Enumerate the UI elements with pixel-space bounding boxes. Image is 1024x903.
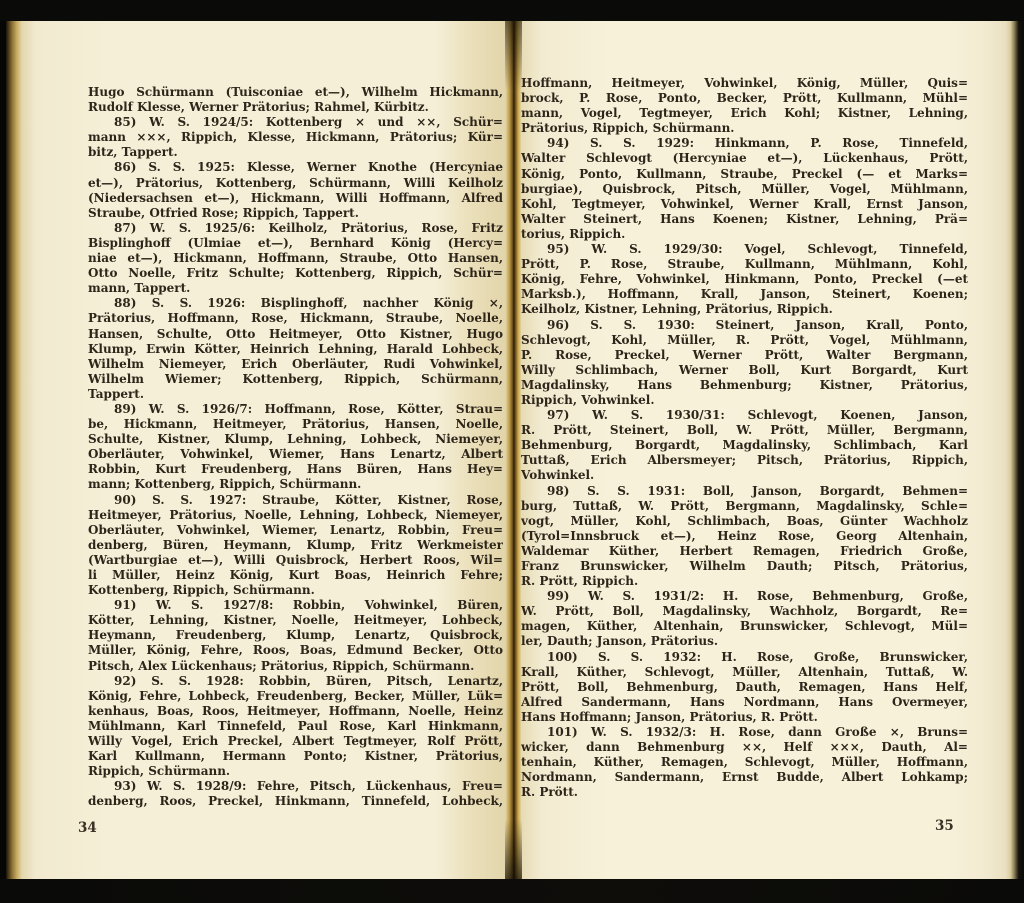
text-line: Schlevogt, Kohl, Müller, R. Prött, Vogel… — [521, 333, 968, 348]
text-line: mann, Vogel, Tegtmeyer, Erich Kohl; Kist… — [521, 106, 968, 121]
text-line: R. Prött, Steinert, Boll, W. Prött, Müll… — [521, 423, 968, 438]
text-line: Walter Steinert, Hans Koenen; Kistner, L… — [521, 212, 968, 227]
text-line: Willy Vogel, Erich Preckel, Albert Tegtm… — [88, 734, 503, 749]
text-line: mann; Kottenberg, Rippich, Schürmann. — [88, 477, 503, 492]
text-line: Kohl, Tegtmeyer, Vohwinkel, Werner Krall… — [521, 197, 968, 212]
text-line: 99) W. S. 1931/2: H. Rose, Behmenburg, G… — [521, 589, 968, 604]
right-page-text: Hoffmann, Heitmeyer, Vohwinkel, König, M… — [521, 76, 968, 801]
text-line: 94) S. S. 1929: Hinkmann, P. Rose, Tinne… — [521, 136, 968, 151]
text-line: 88) S. S. 1926: Bisplinghoff, nachher Kö… — [88, 296, 503, 311]
text-line: Hans Hoffmann; Janson, Prätorius, R. Prö… — [521, 710, 968, 725]
text-line: Walter Schlevogt (Hercyniae et—), Lücken… — [521, 151, 968, 166]
text-line: (Tyrol=Innsbruck et—), Heinz Rose, Georg… — [521, 529, 968, 544]
text-line: König, Fehre, Vohwinkel, Hinkmann, Ponto… — [521, 272, 968, 287]
text-line: Wilhelm Wiemer; Kottenberg, Rippich, Sch… — [88, 372, 503, 387]
text-line: niae et—), Hickmann, Hoffmann, Straube, … — [88, 251, 503, 266]
left-page-number: 34 — [78, 820, 97, 836]
text-line: tenhain, Küther, Remagen, Schlevogt, Mül… — [521, 755, 968, 770]
text-line: Rudolf Klesse, Werner Prätorius; Rahmel,… — [88, 100, 503, 115]
text-line: Hansen, Schulte, Otto Heitmeyer, Otto Ki… — [88, 327, 503, 342]
text-line: 91) W. S. 1927/8: Robbin, Vohwinkel, Bür… — [88, 598, 503, 613]
text-line: Mühlmann, Karl Tinnefeld, Paul Rose, Kar… — [88, 719, 503, 734]
right-page: Hoffmann, Heitmeyer, Vohwinkel, König, M… — [522, 21, 1006, 879]
text-line: Otto Noelle, Fritz Schulte; Kottenberg, … — [88, 266, 503, 281]
text-line: bitz, Tappert. — [88, 145, 503, 160]
text-line: 86) S. S. 1925: Klesse, Werner Knothe (H… — [88, 160, 503, 175]
text-line: mann, Tappert. — [88, 281, 503, 296]
text-line: burg, Tuttaß, W. Prött, Bergmann, Magdal… — [521, 499, 968, 514]
text-line: Heymann, Freudenberg, Klump, Lenartz, Qu… — [88, 628, 503, 643]
text-line: Franz Brunswicker, Wilhelm Dauth; Pitsch… — [521, 559, 968, 574]
text-line: Karl Kullmann, Hermann Ponto; Kistner, P… — [88, 749, 503, 764]
text-line: Behmenburg, Borgardt, Magdalinsky, Schli… — [521, 438, 968, 453]
text-line: Schulte, Kistner, Klump, Lehning, Lohbec… — [88, 432, 503, 447]
text-line: mann ×××, Rippich, Klesse, Hickmann, Prä… — [88, 130, 503, 145]
text-line: Heitmeyer, Prätorius, Noelle, Lehning, L… — [88, 508, 503, 523]
scan-top-border — [0, 0, 1024, 21]
text-line: Prött, Boll, Behmenburg, Dauth, Remagen,… — [521, 680, 968, 695]
text-line: Prätorius, Rippich, Schürmann. — [521, 121, 968, 136]
text-line: Rippich, Schürmann. — [88, 764, 503, 779]
text-line: 101) W. S. 1932/3: H. Rose, dann Große ×… — [521, 725, 968, 740]
text-line: Oberläuter, Vohwinkel, Wiemer, Hans Lena… — [88, 447, 503, 462]
text-line: P. Rose, Preckel, Werner Prött, Walter B… — [521, 348, 968, 363]
text-line: Müller, König, Fehre, Roos, Boas, Edmund… — [88, 643, 503, 658]
text-line: Kötter, Lehning, Kistner, Noelle, Heitme… — [88, 613, 503, 628]
text-line: burgiae), Quisbrock, Pitsch, Müller, Vog… — [521, 182, 968, 197]
text-line: Tappert. — [88, 387, 503, 402]
text-line: Hoffmann, Heitmeyer, Vohwinkel, König, M… — [521, 76, 968, 91]
text-line: brock, P. Rose, Ponto, Becker, Prött, Ku… — [521, 91, 968, 106]
text-line: 89) W. S. 1926/7: Hoffmann, Rose, Kötter… — [88, 402, 503, 417]
text-line: 95) W. S. 1929/30: Vogel, Schlevogt, Tin… — [521, 242, 968, 257]
text-line: Alfred Sandermann, Hans Nordmann, Hans O… — [521, 695, 968, 710]
text-line: Vohwinkel. — [521, 468, 968, 483]
text-line: 92) S. S. 1928: Robbin, Büren, Pitsch, L… — [88, 674, 503, 689]
text-line: Marksb.), Hoffmann, Krall, Janson, Stein… — [521, 287, 968, 302]
text-line: vogt, Müller, Kohl, Schlimbach, Boas, Gü… — [521, 514, 968, 529]
text-line: Oberläuter, Vohwinkel, Wiemer, Lenartz, … — [88, 523, 503, 538]
text-line: magen, Küther, Altenhain, Brunswicker, S… — [521, 619, 968, 634]
text-line: li Müller, Heinz König, Kurt Boas, Heinr… — [88, 568, 503, 583]
scan-bottom-border — [0, 879, 1024, 903]
text-line: torius, Rippich. — [521, 227, 968, 242]
book-spread-scan: Hugo Schürmann (Tuisconiae et—), Wilhelm… — [0, 0, 1024, 903]
text-line: 97) W. S. 1930/31: Schlevogt, Koenen, Ja… — [521, 408, 968, 423]
text-line: ler, Dauth; Janson, Prätorius. — [521, 634, 968, 649]
left-page-text: Hugo Schürmann (Tuisconiae et—), Wilhelm… — [88, 85, 503, 810]
text-line: 90) S. S. 1927: Straube, Kötter, Kistner… — [88, 493, 503, 508]
text-line: et—), Prätorius, Kottenberg, Schürmann, … — [88, 176, 503, 191]
right-page-number: 35 — [935, 818, 954, 834]
text-line: Magdalinsky, Hans Behmenburg; Kistner, P… — [521, 378, 968, 393]
text-line: R. Prött. — [521, 785, 968, 800]
text-line: Krall, Küther, Schlevogt, Müller, Altenh… — [521, 665, 968, 680]
text-line: (Niedersachsen et—), Hickmann, Willi Hof… — [88, 191, 503, 206]
book-gutter — [505, 21, 522, 879]
text-line: Rippich, Vohwinkel. — [521, 393, 968, 408]
text-line: König, Fehre, Lohbeck, Freudenberg, Beck… — [88, 689, 503, 704]
text-line: 93) W. S. 1928/9: Fehre, Pitsch, Lückenh… — [88, 779, 503, 794]
text-line: Waldemar Küther, Herbert Remagen, Friedr… — [521, 544, 968, 559]
text-line: 85) W. S. 1924/5: Kottenberg × und ××, S… — [88, 115, 503, 130]
text-line: 87) W. S. 1925/6: Keilholz, Prätorius, R… — [88, 221, 503, 236]
text-line: Straube, Otfried Rose; Rippich, Tappert. — [88, 206, 503, 221]
text-line: wicker, dann Behmenburg ××, Helf ×××, Da… — [521, 740, 968, 755]
text-line: Wilhelm Niemeyer, Erich Oberläuter, Rudi… — [88, 357, 503, 372]
left-page: Hugo Schürmann (Tuisconiae et—), Wilhelm… — [6, 21, 505, 879]
text-line: denberg, Büren, Heymann, Klump, Fritz We… — [88, 538, 503, 553]
text-line: 96) S. S. 1930: Steinert, Janson, Krall,… — [521, 318, 968, 333]
text-line: R. Prött, Rippich. — [521, 574, 968, 589]
text-line: Hugo Schürmann (Tuisconiae et—), Wilhelm… — [88, 85, 503, 100]
book-right-edge — [1006, 21, 1024, 879]
text-line: Prätorius, Hoffmann, Rose, Hickmann, Str… — [88, 311, 503, 326]
text-line: 100) S. S. 1932: H. Rose, Große, Brunswi… — [521, 650, 968, 665]
text-line: W. Prött, Boll, Magdalinsky, Wachholz, B… — [521, 604, 968, 619]
text-line: Robbin, Kurt Freudenberg, Hans Büren, Ha… — [88, 462, 503, 477]
text-line: Keilholz, Kistner, Lehning, Prätorius, R… — [521, 302, 968, 317]
text-line: Pitsch, Alex Lückenhaus; Prätorius, Ripp… — [88, 659, 503, 674]
text-line: Prött, P. Rose, Straube, Kullmann, Mühlm… — [521, 257, 968, 272]
text-line: Tuttaß, Erich Albersmeyer; Pitsch, Präto… — [521, 453, 968, 468]
text-line: Kottenberg, Rippich, Schürmann. — [88, 583, 503, 598]
text-line: be, Hickmann, Heitmeyer, Prätorius, Hans… — [88, 417, 503, 432]
text-line: Willy Schlimbach, Werner Boll, Kurt Borg… — [521, 363, 968, 378]
text-line: Klump, Erwin Kötter, Heinrich Lehning, H… — [88, 342, 503, 357]
text-line: 98) S. S. 1931: Boll, Janson, Borgardt, … — [521, 484, 968, 499]
text-line: (Wartburgiae et—), Willi Quisbrock, Herb… — [88, 553, 503, 568]
text-line: Bisplinghoff (Ulmiae et—), Bernhard Köni… — [88, 236, 503, 251]
text-line: König, Ponto, Kullmann, Straube, Preckel… — [521, 167, 968, 182]
text-line: Nordmann, Sandermann, Ernst Budde, Alber… — [521, 770, 968, 785]
text-line: denberg, Roos, Preckel, Hinkmann, Tinnef… — [88, 794, 503, 809]
text-line: kenhaus, Boas, Roos, Heitmeyer, Hoffmann… — [88, 704, 503, 719]
